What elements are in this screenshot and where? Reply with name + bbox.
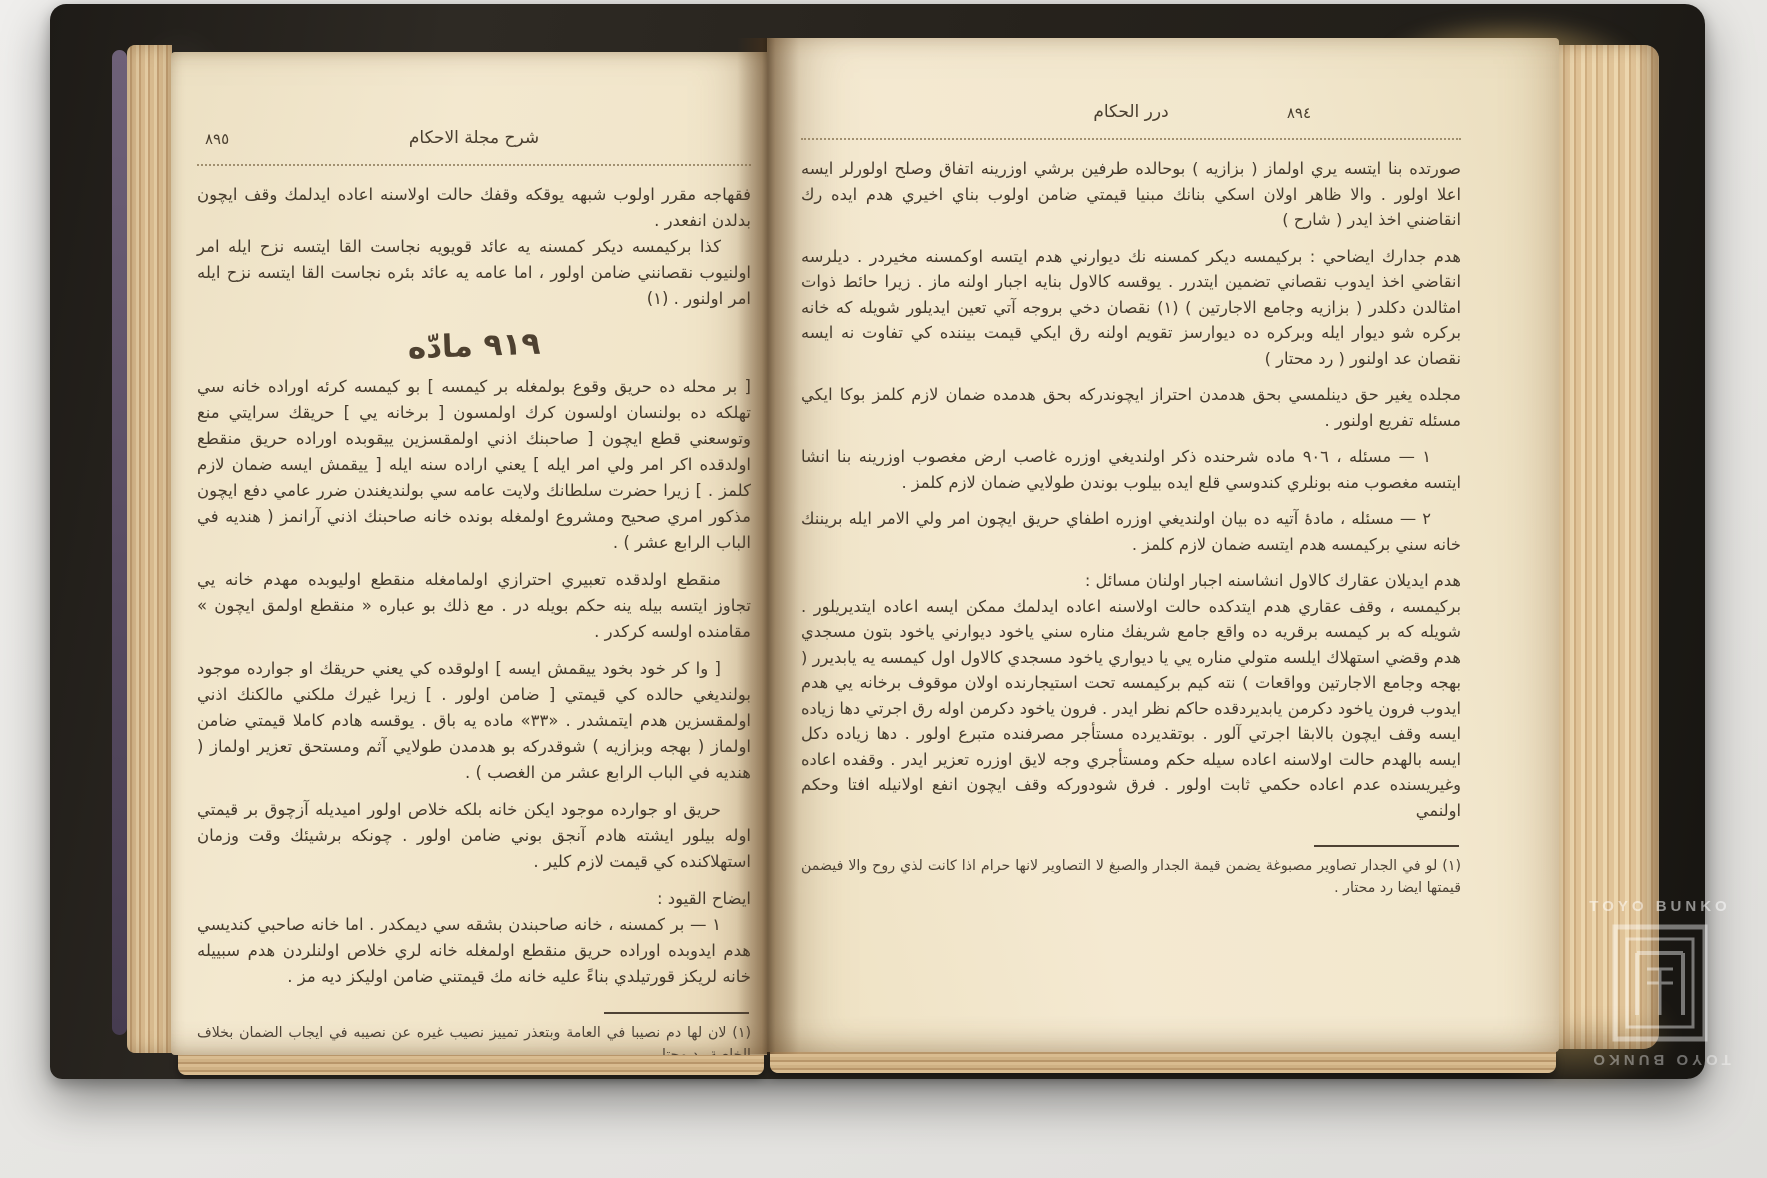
- right-page-header: ٨٩٤ درر الحكام: [801, 102, 1461, 134]
- paragraph: [ وا كر خود بخود ييقمش ايسه ] اولوقده كي…: [197, 656, 751, 786]
- footnote-right: (١) لو في الجدار تصاوير مصبوغة يضمن قيمة…: [801, 855, 1461, 899]
- footnote-left: (١) لان لها دم نصيبا في العامة وبتعذر تم…: [197, 1022, 751, 1055]
- paragraph: حريق او جوارده موجود ايكن خانه بلكه خلاص…: [197, 797, 751, 875]
- header-rule-left: [197, 164, 751, 166]
- running-head-right: درر الحكام: [801, 102, 1461, 122]
- paragraph: هدم جدارك ايضاحي : بركيمسه ديكر كمسنه نك…: [801, 244, 1461, 372]
- paragraph: [ بر محله ده حريق وقوع بولمغله بر كيمسه …: [197, 374, 751, 556]
- page-edges-bottom-left: [178, 1053, 764, 1075]
- photo-background: ٨٩٥ شرح مجلة الاحكام فقهاجه مقرر اولوب ش…: [0, 0, 1767, 1178]
- toyo-bunko-seal-icon: [1611, 923, 1709, 1043]
- toyo-bunko-watermark: TOYO BUNKO TOYO BUNKO: [1562, 898, 1758, 1068]
- footnote-separator-left: [604, 1012, 749, 1014]
- left-page: ٨٩٥ شرح مجلة الاحكام فقهاجه مقرر اولوب ش…: [171, 52, 767, 1055]
- section-label: هدم ايديلان عقارك كالاول انشاسنه اجبار ا…: [801, 568, 1461, 594]
- inner-lining-strip: [112, 50, 127, 1035]
- paragraph: فقهاجه مقرر اولوب شبهه يوقكه وقفك حالت ا…: [197, 182, 751, 234]
- article-heading: ٩١٩ مادّه: [197, 318, 752, 373]
- page-number-left: ٨٩٥: [205, 130, 229, 148]
- running-head-left: شرح مجلة الاحكام: [197, 128, 751, 148]
- left-page-header: ٨٩٥ شرح مجلة الاحكام: [197, 128, 751, 160]
- left-page-body: فقهاجه مقرر اولوب شبهه يوقكه وقفك حالت ا…: [197, 182, 751, 1055]
- watermark-text: TOYO BUNKO: [1562, 898, 1758, 915]
- page-edges-bottom-right: [770, 1051, 1556, 1073]
- watermark-text-mirrored: TOYO BUNKO: [1562, 1051, 1758, 1068]
- paragraph: ١ — مسئله ، ٩٠٦ ماده شرحنده ذكر اولنديغي…: [801, 444, 1461, 495]
- clauses-label: ايضاح القيود :: [197, 886, 751, 912]
- right-page-body: صورتده بنا ايتسه يري اولماز ( بزازيه ) ب…: [801, 156, 1461, 899]
- right-page: ٨٩٤ درر الحكام صورتده بنا ايتسه يري اولم…: [767, 38, 1559, 1052]
- paragraph: ١ — بر كمسنه ، خانه صاحبندن بشقه سي ديمك…: [197, 912, 751, 990]
- page-number-right: ٨٩٤: [1287, 104, 1311, 122]
- paragraph: منقطع اولدقده تعبيري احترازي اولمامغله م…: [197, 567, 751, 645]
- paragraph: ٢ — مسئله ، مادهٔ آتيه ده بيان اولنديغي …: [801, 506, 1461, 557]
- footnote-separator-right: [1314, 845, 1459, 847]
- header-rule-right: [801, 138, 1461, 140]
- paragraph: بركيمسه ، وقف عقاري هدم ايتدكده حالت اول…: [801, 594, 1461, 824]
- paragraph: مجلده يغير حق دينلمسي بحق هدمدن احتراز ا…: [801, 382, 1461, 433]
- paragraph: صورتده بنا ايتسه يري اولماز ( بزازيه ) ب…: [801, 156, 1461, 233]
- page-edges-left: [127, 45, 172, 1053]
- paragraph: كذا بركيمسه ديكر كمسنه يه عائد قويويه نج…: [197, 234, 751, 312]
